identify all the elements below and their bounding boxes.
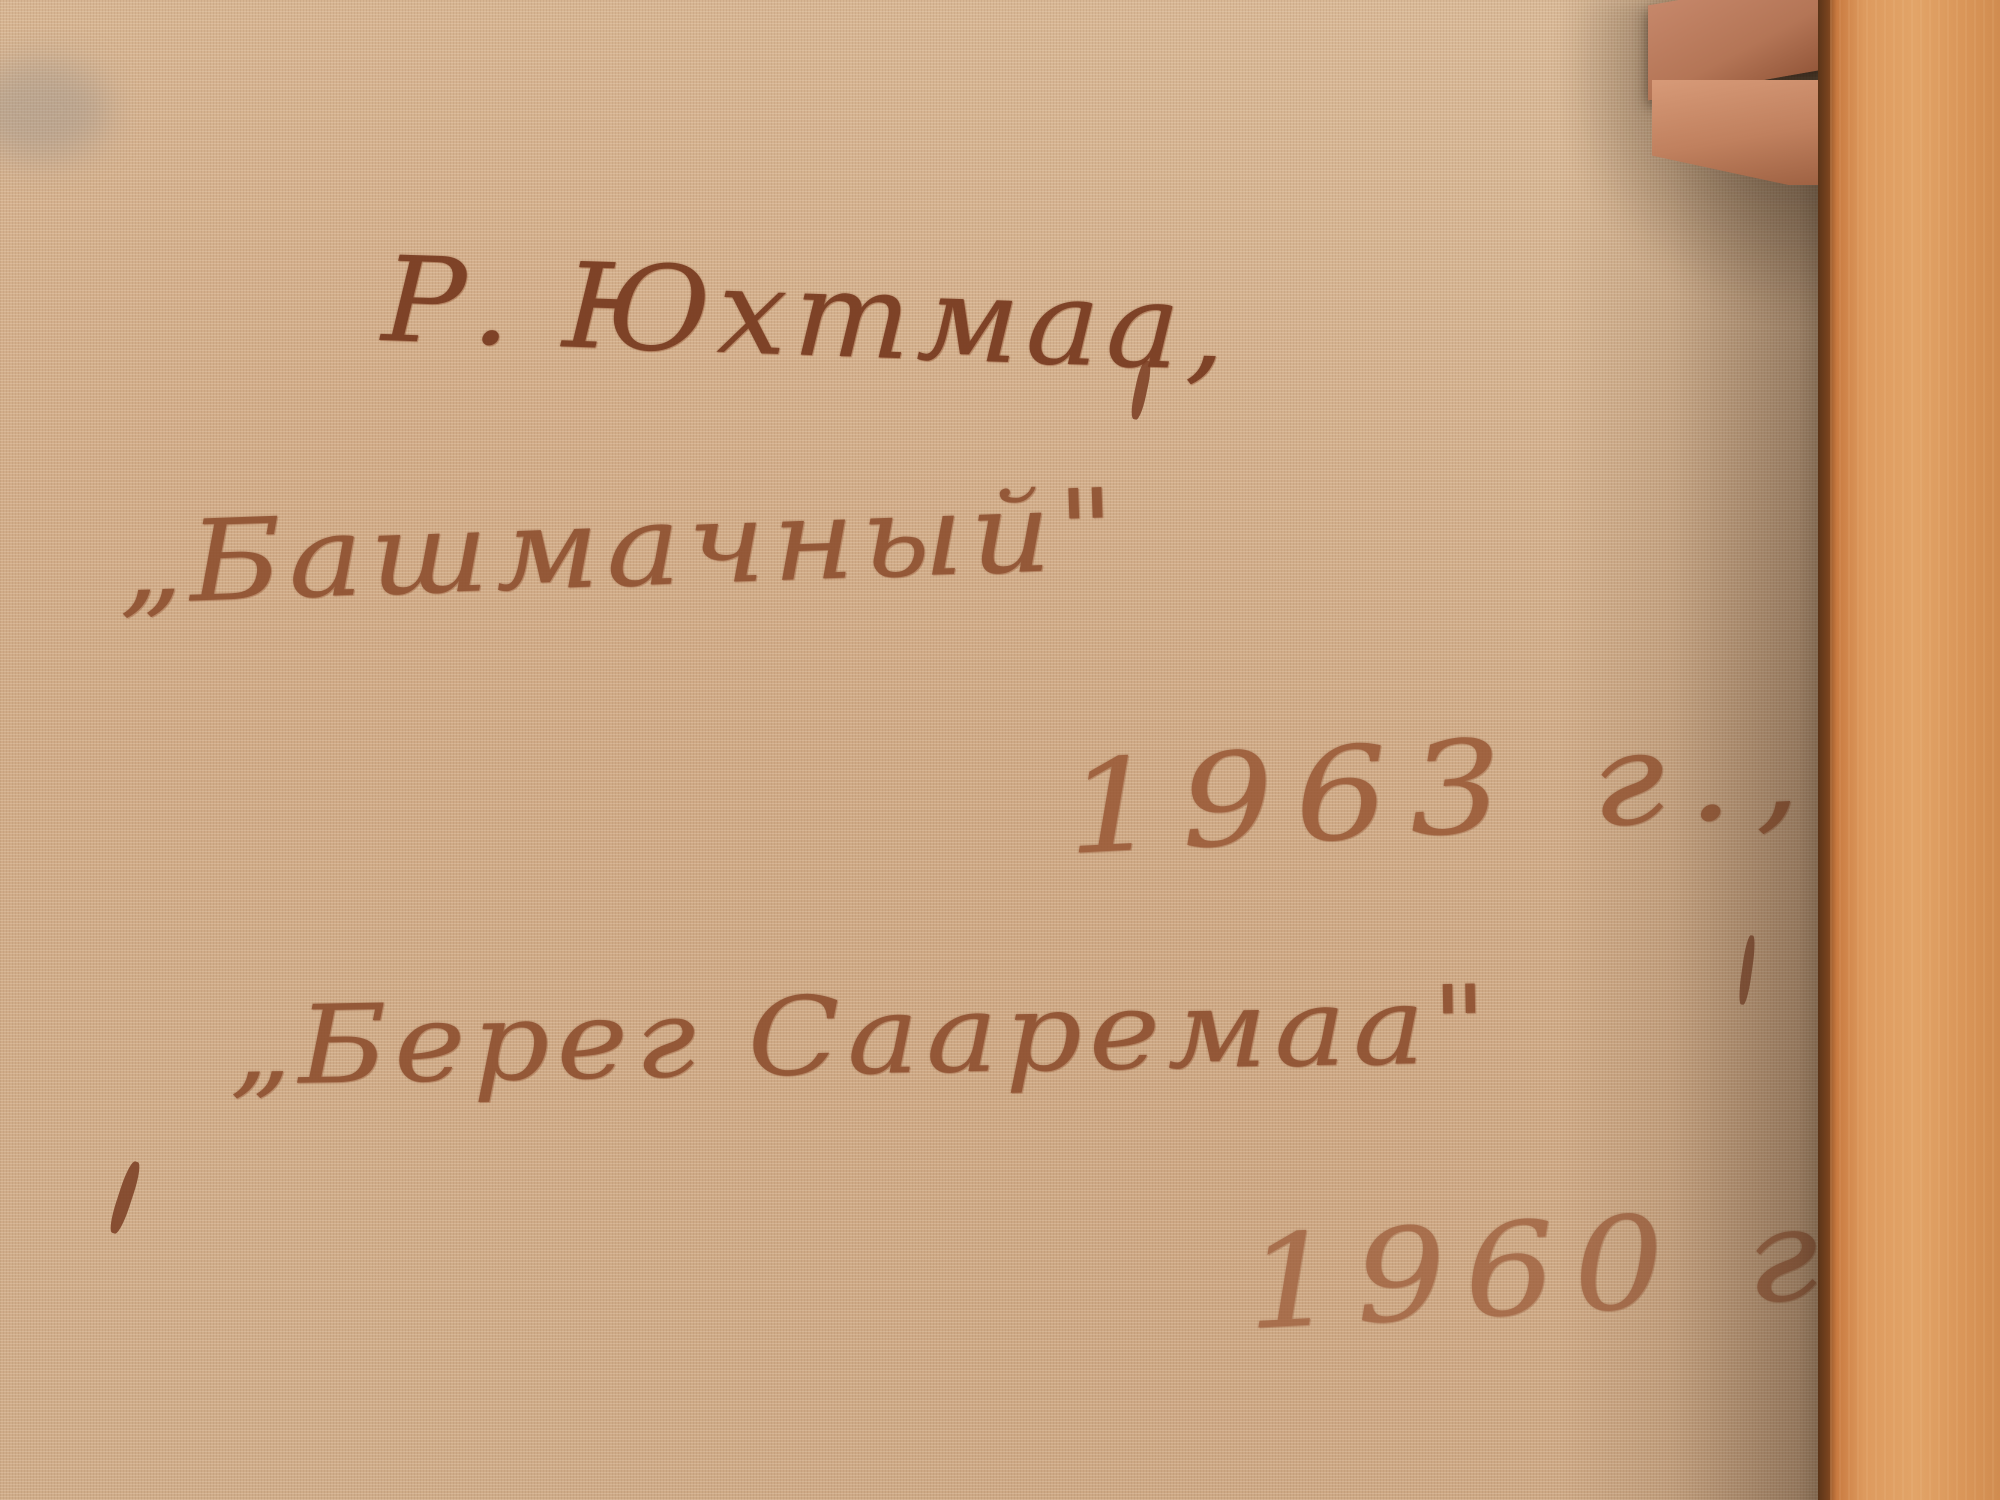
- title-1: „Башмачный": [115, 465, 1124, 630]
- canvas-back-photo: Р. Юхтмаа, „Башмачный" 1963 г., „Берег С…: [0, 0, 2000, 1500]
- paint-stroke-mark: [107, 1160, 143, 1236]
- wooden-stretcher-bar: [1830, 0, 2000, 1500]
- artist-name: Р. Юхтмаа,: [380, 230, 1235, 398]
- handwritten-inscription: Р. Юхтмаа, „Башмачный" 1963 г., „Берег С…: [0, 0, 1830, 1500]
- title-2: „Берег Сааремаа": [228, 963, 1495, 1110]
